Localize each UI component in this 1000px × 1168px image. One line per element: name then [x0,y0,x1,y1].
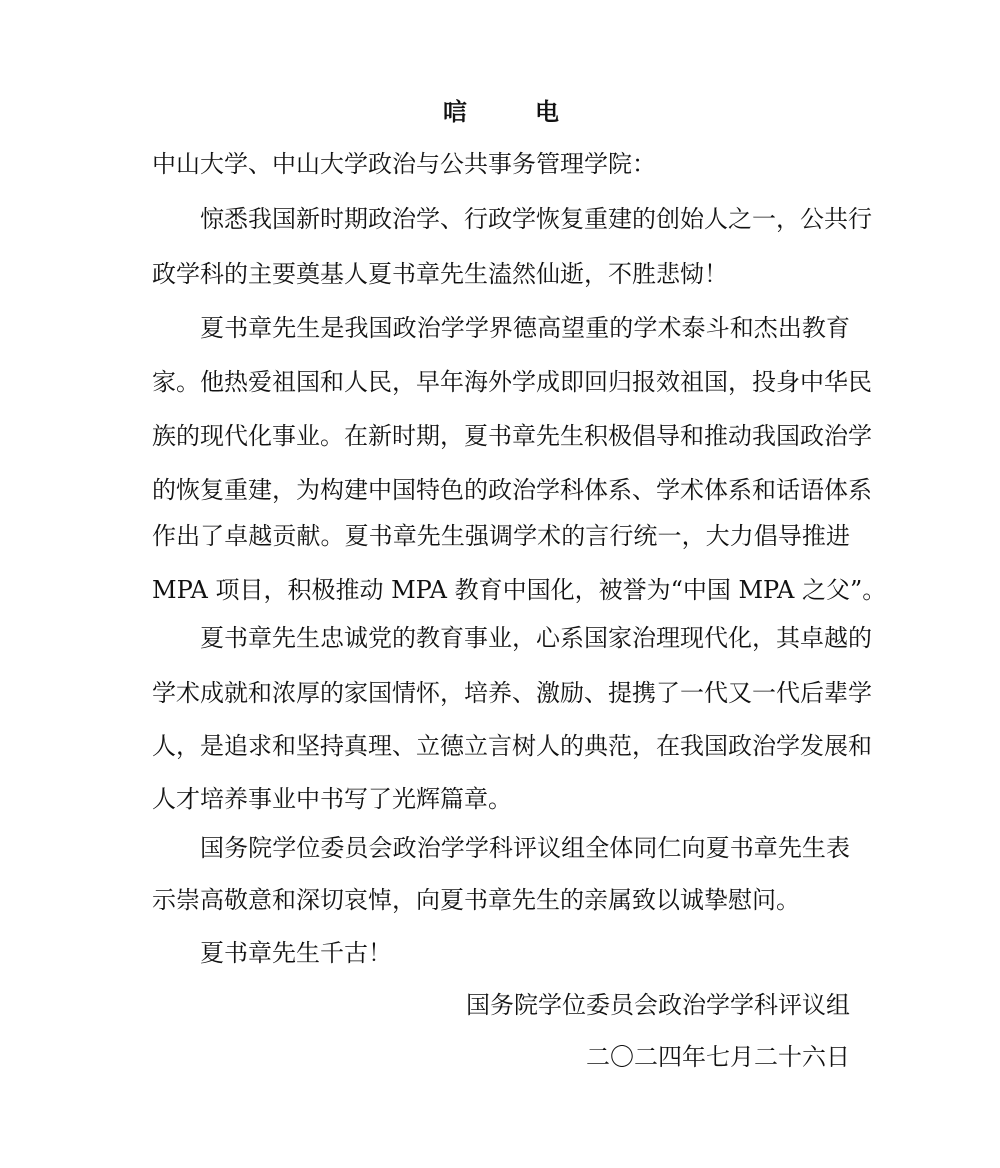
paragraph-2-line-1: 夏书章先生是我国政治学学界德高望重的学术泰斗和杰出教育 [152,312,850,344]
paragraph-3-line-3: 人，是追求和坚持真理、立德立言树人的典范，在我国政治学发展和 [152,730,850,762]
date: 二〇二四年七月二十六日 [152,1041,850,1073]
document-title: 唁 电 [152,96,850,128]
paragraph-1-line-2: 政学科的主要奠基人夏书章先生溘然仙逝，不胜悲恸！ [152,258,850,290]
paragraph-4-line-1: 国务院学位委员会政治学学科评议组全体同仁向夏书章先生表 [152,832,850,864]
paragraph-2-line-2: 家。他热爱祖国和人民，早年海外学成即回归报效祖国，投身中华民 [152,366,850,398]
paragraph-2-line-5: 作出了卓越贡献。夏书章先生强调学术的言行统一，大力倡导推进 [152,520,850,552]
paragraph-2-line-3: 族的现代化事业。在新时期，夏书章先生积极倡导和推动我国政治学 [152,420,850,452]
paragraph-3-line-4: 人才培养事业中书写了光辉篇章。 [152,783,850,815]
paragraph-3-line-1: 夏书章先生忠诚党的教育事业，心系国家治理现代化，其卓越的 [152,622,850,654]
salutation: 中山大学、中山大学政治与公共事务管理学院： [152,148,850,180]
paragraph-2-line-6: MPA 项目，积极推动 MPA 教育中国化，被誉为“中国 MPA 之父”。 [152,574,850,606]
paragraph-2-line-4: 的恢复重建，为构建中国特色的政治学科体系、学术体系和话语体系 [152,474,850,506]
paragraph-5-line-1: 夏书章先生千古！ [152,937,850,969]
paragraph-4-line-2: 示崇高敬意和深切哀悼，向夏书章先生的亲属致以诚挚慰问。 [152,884,850,916]
paragraph-3-line-2: 学术成就和浓厚的家国情怀，培养、激励、提携了一代又一代后辈学 [152,677,850,709]
paragraph-1-line-1: 惊悉我国新时期政治学、行政学恢复重建的创始人之一，公共行 [152,203,850,235]
signature: 国务院学位委员会政治学学科评议组 [152,989,850,1021]
